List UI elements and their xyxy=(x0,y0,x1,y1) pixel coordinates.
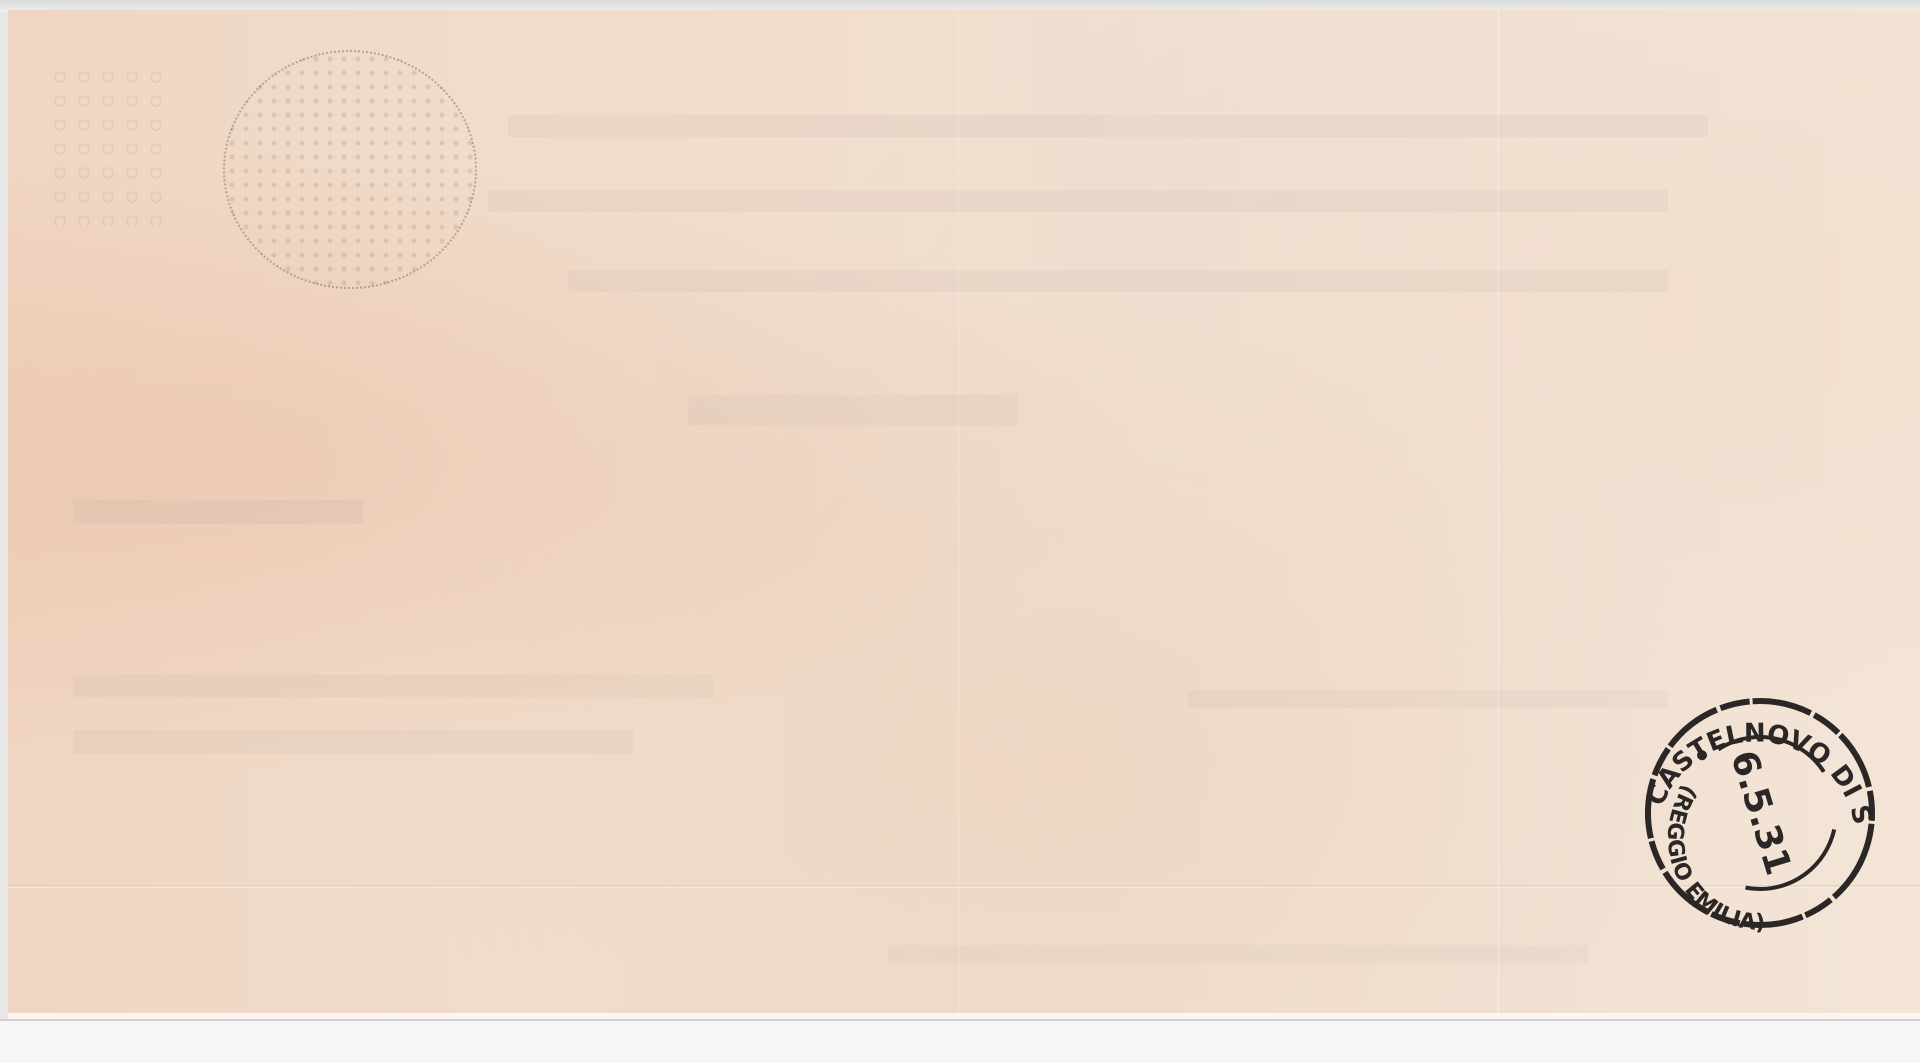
envelope-fold-vertical xyxy=(958,10,961,1013)
bleed-through-text-line xyxy=(508,115,1708,137)
bleed-through-cancellation xyxy=(223,50,477,289)
postmark-date: 6.5.31 xyxy=(1722,746,1798,880)
bleed-through-text-line xyxy=(1188,690,1668,708)
scanner-edge-bottom xyxy=(0,1019,1920,1063)
bleed-through-text-line xyxy=(73,730,633,754)
bleed-through-text-line xyxy=(73,500,363,524)
postmark: CASTELNOVO DI SOTTO (REGGIO EMILIA) 6.5.… xyxy=(1625,688,1895,938)
bleed-through-text-line xyxy=(688,395,1018,425)
bleed-through-text-line xyxy=(73,675,713,697)
postmark-circle: CASTELNOVO DI SOTTO (REGGIO EMILIA) 6.5.… xyxy=(1625,688,1895,938)
bleed-through-text-line xyxy=(568,270,1668,292)
bleed-through-text-line xyxy=(888,945,1588,963)
envelope-fold-vertical xyxy=(1498,10,1501,1013)
bleed-through-text-line xyxy=(488,190,1668,212)
bleed-through-perforation xyxy=(48,65,168,225)
